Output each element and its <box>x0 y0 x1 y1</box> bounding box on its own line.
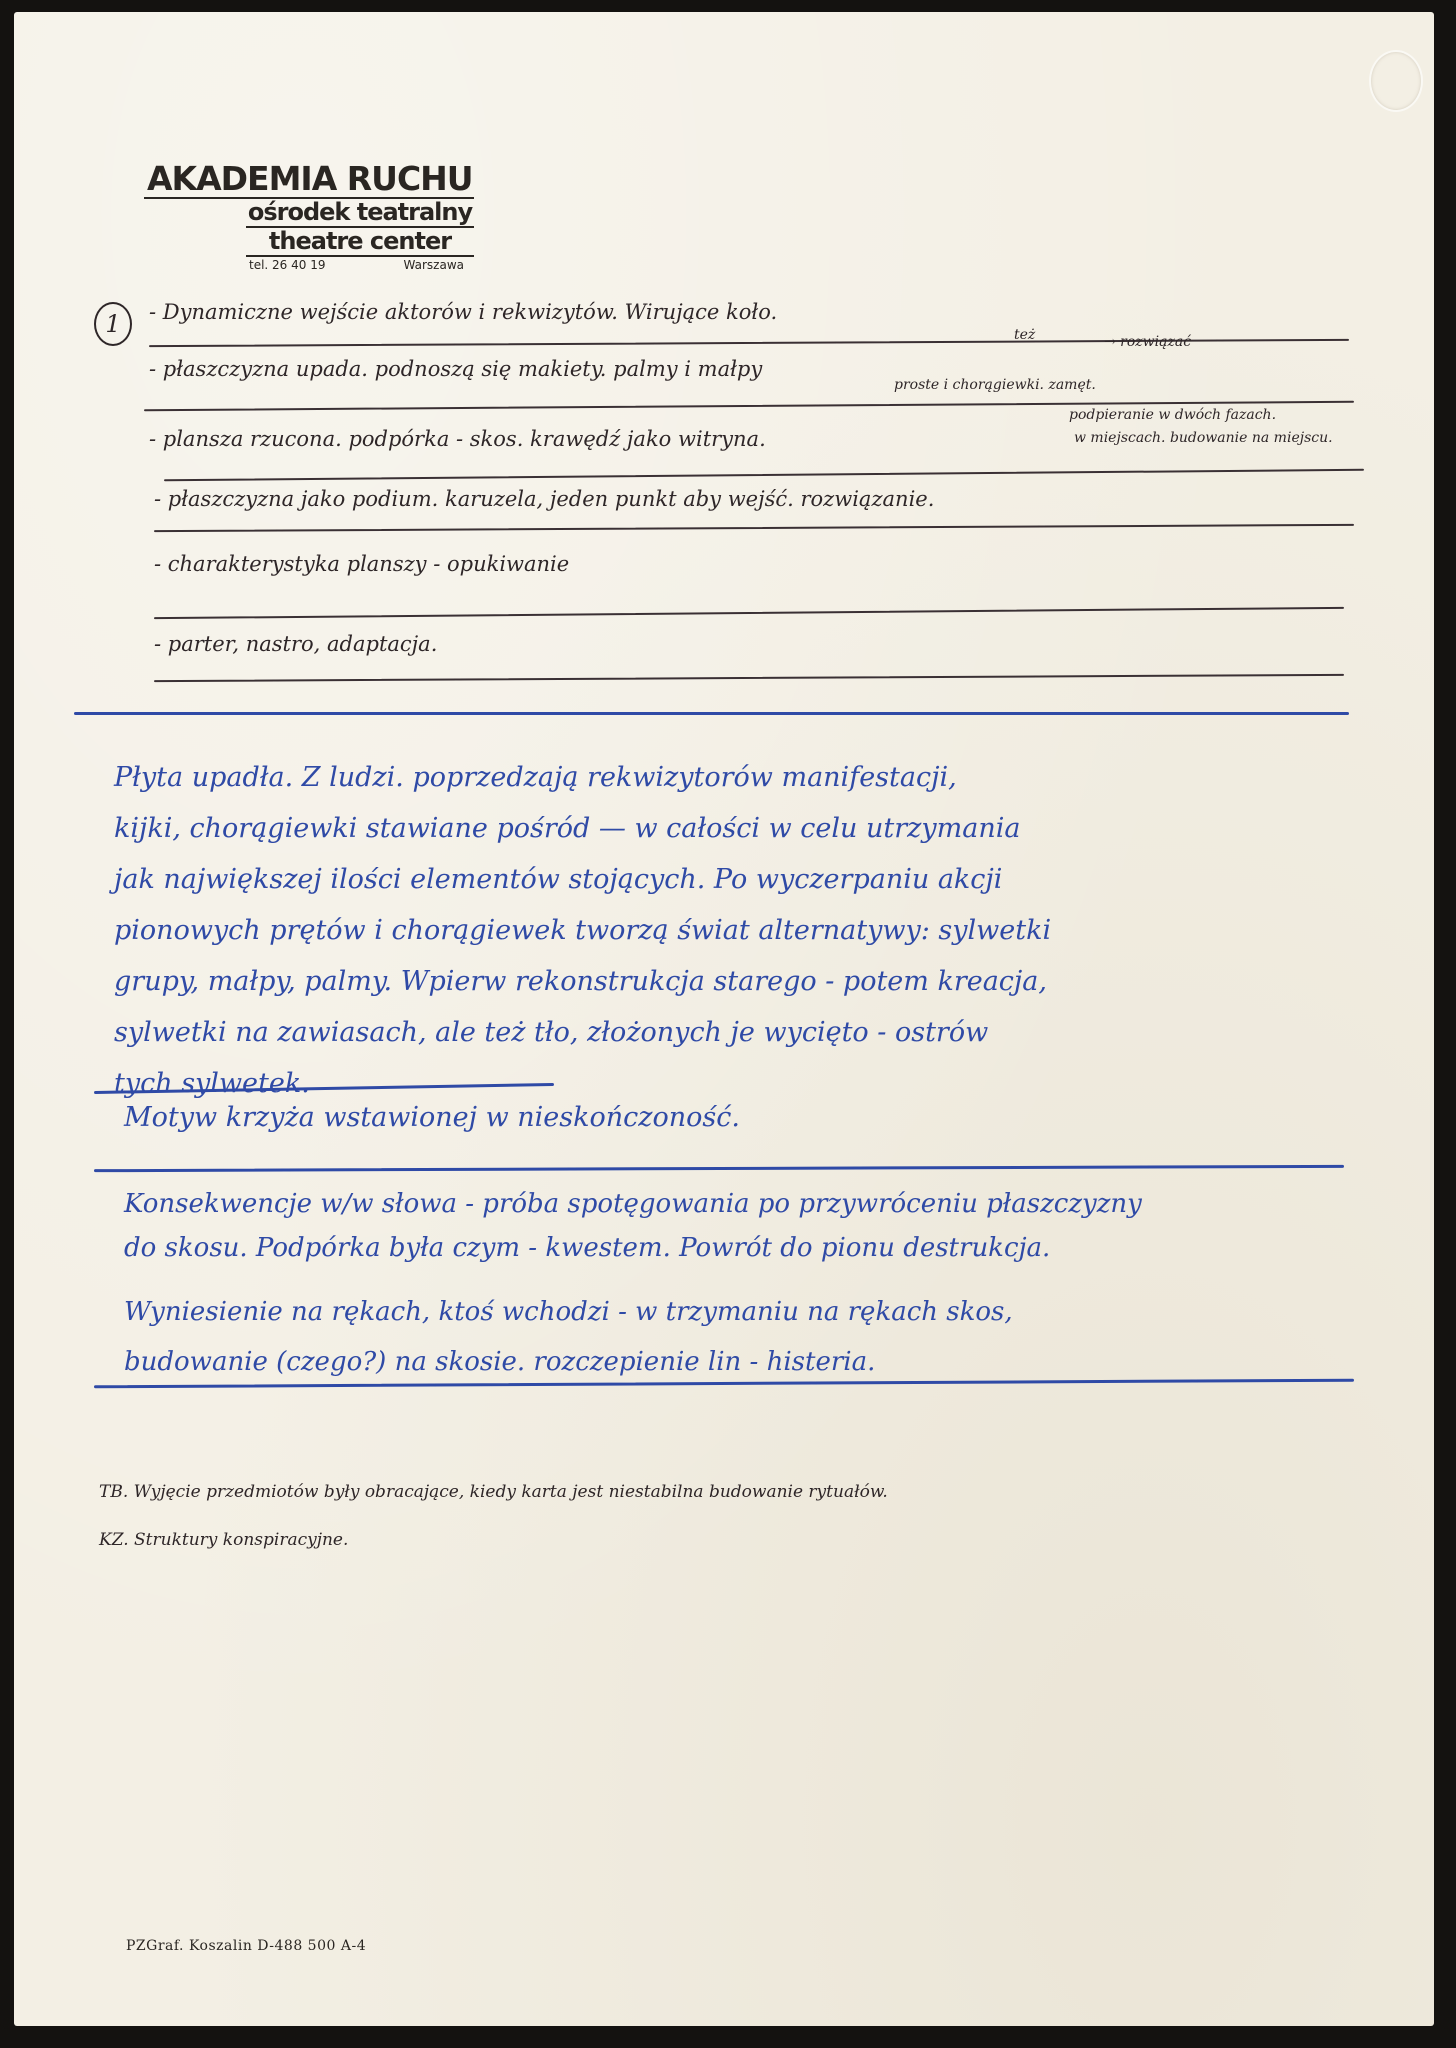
blue-divider <box>94 1165 1344 1172</box>
blue-line: grupy, małpy, palmy. Wpierw rekonstrukcj… <box>114 956 1051 1007</box>
ruled-line <box>154 674 1344 682</box>
letterhead-contact: tel. 26 40 19 Warszawa <box>249 257 474 273</box>
blue-paragraph-2: Konsekwencje w/w słowa - próba spotęgowa… <box>124 1182 1142 1270</box>
note-tb: TB. Wyjęcie przedmiotów były obracające,… <box>99 1482 888 1502</box>
blue-line: Konsekwencje w/w słowa - próba spotęgowa… <box>124 1182 1142 1226</box>
note-line-4: - płaszczyzna jako podium. karuzela, jed… <box>154 487 934 511</box>
paper-sheet: AKADEMIA RUCHU ośrodek teatralny theatre… <box>14 12 1434 2026</box>
note-line-3-right1: podpieranie w dwóch fazach. <box>1069 407 1276 423</box>
blue-line: kijki, chorągiewki stawiane pośród — w c… <box>114 803 1051 854</box>
letterhead-tel: tel. 26 40 19 <box>249 257 326 273</box>
letterhead: AKADEMIA RUCHU ośrodek teatralny theatre… <box>144 162 474 273</box>
ruled-line <box>154 524 1354 532</box>
note-line-1: - Dynamiczne wejście aktorów i rekwizytó… <box>149 300 777 324</box>
blue-paragraph-3: Wyniesienie na rękach, ktoś wchodzi - w … <box>124 1287 1013 1387</box>
note-line-3-right2: w miejscach. budowanie na miejscu. <box>1074 430 1333 446</box>
note-line-5: - charakterystyka planszy - opukiwanie <box>154 552 569 576</box>
blue-line: jak największej ilości elementów stojący… <box>114 854 1051 905</box>
blue-line: do skosu. Podpórka była czym - kwestem. … <box>124 1226 1142 1270</box>
note-line-6: - parter, nastro, adaptacja. <box>154 632 437 656</box>
blue-divider <box>74 712 1349 715</box>
letterhead-line2: theatre center <box>246 228 474 257</box>
blue-line: Płyta upadła. Z ludzi. poprzedzają rekwi… <box>114 752 1051 803</box>
blue-line: sylwetki na zawiasach, ale też tło, złoż… <box>114 1007 1051 1058</box>
note-kz: KZ. Struktury konspiracyjne. <box>99 1530 348 1550</box>
note-line-2-below: proste i chorągiewki. zamęt. <box>894 377 1096 393</box>
letterhead-line1: ośrodek teatralny <box>246 199 474 228</box>
letterhead-title: AKADEMIA RUCHU <box>144 162 474 199</box>
blue-line: pionowych prętów i chorągiewek tworzą św… <box>114 905 1051 956</box>
note-line-2-above: też <box>1014 327 1035 343</box>
section-number-circle: 1 <box>94 302 132 346</box>
blue-line: Wyniesienie na rękach, ktoś wchodzi - w … <box>124 1287 1013 1337</box>
blue-paragraph-1: Płyta upadła. Z ludzi. poprzedzają rekwi… <box>114 752 1051 1109</box>
ruled-line <box>154 607 1344 619</box>
printer-imprint: PZGraf. Koszalin D-488 500 A-4 <box>126 1938 366 1954</box>
ruled-line <box>164 469 1364 481</box>
blue-line: budowanie (czego?) na skosie. rozczepien… <box>124 1337 1013 1387</box>
note-line-2-arrow: → rozwiązać <box>1104 334 1191 350</box>
blue-motif-line: Motyw krzyża wstawionej w nieskończoność… <box>124 1102 740 1133</box>
note-line-3: - plansza rzucona. podpórka - skos. kraw… <box>149 427 766 451</box>
letterhead-city: Warszawa <box>404 257 464 273</box>
note-line-2: - płaszczyzna upada. podnoszą się makiet… <box>149 357 762 381</box>
embossed-seal <box>1369 50 1423 112</box>
